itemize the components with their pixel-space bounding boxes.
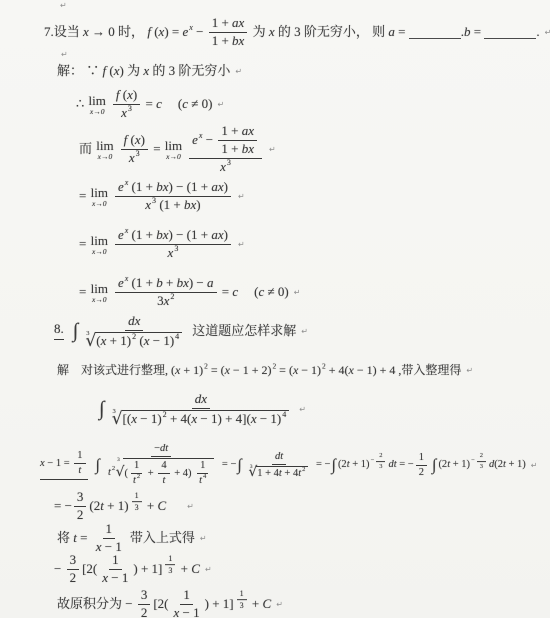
math-text: = − xyxy=(313,459,330,471)
fraction-numerator: 1 + ax xyxy=(218,124,257,141)
math-fraction: dx3√[(x − 1)2 + 4(x − 1) + 4](x − 1)4 xyxy=(110,392,293,427)
fraction-numerator: 1 xyxy=(180,588,193,605)
math-fraction: 12 xyxy=(416,452,427,479)
math-text: = xyxy=(219,285,233,300)
math-text: 2 xyxy=(322,362,326,371)
math-variable: dt xyxy=(275,451,283,463)
math-superscript: x xyxy=(125,274,129,283)
fraction-denominator: 3 xyxy=(477,462,486,470)
math-text: 7.设当 xyxy=(44,25,83,40)
fraction-numerator: dx xyxy=(125,314,143,331)
math-variable: e xyxy=(118,180,124,195)
math-variable: a xyxy=(207,276,214,291)
fraction-numerator: ex − 1 + ax1 + bx xyxy=(189,124,262,159)
fraction-denominator: 1 + bx xyxy=(209,33,248,49)
paragraph-mark-icon: ↵ xyxy=(205,565,212,574)
spacer xyxy=(107,104,111,105)
math-text: ) = xyxy=(164,25,182,40)
fraction-denominator: 3 xyxy=(237,600,247,610)
math-superscript: 2 xyxy=(322,362,326,371)
answer-blank xyxy=(409,26,461,39)
math-text: − xyxy=(54,562,65,577)
paragraph-mark-icon: ↵ xyxy=(238,240,245,249)
math-superscript: 3 xyxy=(128,104,132,113)
math-variable: x xyxy=(145,198,151,213)
underlined-group: x − 1 = 1t xyxy=(40,450,88,480)
math-superscript: 13 xyxy=(235,589,249,611)
fraction-denominator: 3 xyxy=(132,502,142,512)
fraction-denominator: 3√1 + 4t + 4t2 xyxy=(247,465,312,480)
math-text: 对该式进行整理, ( xyxy=(81,364,175,378)
paragraph-mark-icon: ↵ xyxy=(61,50,68,59)
math-text: 2 xyxy=(137,474,140,481)
math-limit: limx→0 xyxy=(91,282,108,304)
paragraph-mark-icon: ↵ xyxy=(200,534,207,543)
math-text: 2 xyxy=(170,292,174,301)
math-text: = xyxy=(470,25,484,40)
math-text: (2 xyxy=(338,459,347,471)
math-text: 2 xyxy=(141,606,148,618)
math-superscript: x xyxy=(125,226,129,235)
math-superscript: x xyxy=(125,178,129,187)
math-fraction: ex (1 + bx) − (1 + ax)x3 xyxy=(115,228,231,261)
spacer xyxy=(109,244,113,245)
q7-step-2-line: = limx→0ex (1 + bx) − (1 + ax)x3↵ xyxy=(79,228,245,261)
math-fraction: 32 xyxy=(74,490,87,523)
math-fraction: 13 xyxy=(132,491,142,513)
math-text: (1 + xyxy=(156,198,184,213)
math-text: = ( xyxy=(276,364,293,378)
math-text: 3 xyxy=(136,149,140,158)
fraction-denominator: 3x2 xyxy=(154,293,177,309)
math-text: 2 xyxy=(163,410,167,419)
math-text: 3 xyxy=(227,158,231,167)
math-text: [2( xyxy=(153,597,168,612)
fraction-denominator: x3 xyxy=(217,159,234,175)
math-text: − xyxy=(471,457,475,464)
paragraph-mark-icon: ↵ xyxy=(531,461,538,470)
math-superscript: 2 xyxy=(170,292,174,301)
math-text: ( xyxy=(127,133,135,148)
math-variable: bx xyxy=(156,228,168,243)
math-text: 1 + xyxy=(221,124,241,139)
math-text: [2( xyxy=(82,562,97,577)
math-superscript: 4 xyxy=(282,410,286,419)
integral-sign-icon: ∫ xyxy=(99,400,105,418)
math-text: 的 3 阶无穷小， 则 xyxy=(275,25,389,40)
math-variable: x xyxy=(164,294,170,309)
underlined-group: 8. xyxy=(54,322,64,340)
math-limit: limx→0 xyxy=(165,139,182,161)
q8-final-answer-line: 故原积分为 − 32[2(1x − 1) + 1]13 + C↵ xyxy=(57,588,283,618)
empty-paragraph-mark-line: ↵ xyxy=(56,50,68,59)
top-paragraph-mark-line: ↵ xyxy=(55,1,67,10)
math-text: ) − xyxy=(189,276,207,291)
math-text: − xyxy=(371,457,375,464)
q8-integral-rewrite-line: ∫dx3√[(x − 1)2 + 4(x − 1) + 4](x − 1)4↵ xyxy=(98,392,306,427)
math-superscript: 2 xyxy=(163,410,167,419)
math-fraction: 1x − 1 xyxy=(171,588,203,618)
math-text: (1 + xyxy=(128,228,156,243)
fraction-denominator: 1 + bx xyxy=(218,141,257,157)
fraction-denominator: x3 xyxy=(118,105,135,121)
math-text: − 1 xyxy=(179,606,199,618)
spacer xyxy=(69,370,81,371)
math-text: 3 xyxy=(240,601,244,610)
math-text: ( xyxy=(106,64,114,79)
fraction-numerator: 2 xyxy=(477,452,486,461)
math-text: − 1) xyxy=(150,334,175,349)
math-text: . xyxy=(536,25,539,40)
math-text: (1 + xyxy=(128,180,156,195)
spacer xyxy=(183,149,187,150)
math-variable: bx xyxy=(177,276,189,291)
limit-label: lim xyxy=(91,186,108,199)
math-text: 1 xyxy=(419,452,424,464)
math-text: = ( xyxy=(208,364,225,378)
math-text: (2 xyxy=(494,459,503,471)
math-superscript: 13 xyxy=(130,491,144,513)
fraction-numerator: f (x) xyxy=(121,133,148,150)
math-fraction: 1x − 1 xyxy=(99,553,131,586)
math-text: ) + 1] xyxy=(133,562,162,577)
document-page: ↵ 7.设当 x → 0 时， f (x) = ex − 1 + ax1 + b… xyxy=(0,0,550,618)
math-text: 2 xyxy=(132,332,136,341)
math-variable: t xyxy=(78,465,81,477)
spacer xyxy=(243,465,245,466)
fraction-numerator: 1 xyxy=(74,450,85,464)
math-text: 1 xyxy=(200,460,205,472)
paragraph-mark-icon: ↵ xyxy=(269,145,276,154)
math-superscript: 2 xyxy=(132,332,136,341)
math-text: + 1) xyxy=(180,364,203,378)
math-variable: x xyxy=(125,178,129,187)
math-text: + xyxy=(144,499,158,514)
q8-statement-line: 8.∫dx3√(x + 1)2 (x − 1)4这道题应怎样求解↵ xyxy=(54,314,308,349)
math-variable: dt xyxy=(160,443,168,455)
radical-index: 3 xyxy=(250,464,253,470)
math-text: ) xyxy=(141,133,145,148)
spacer xyxy=(166,506,182,507)
fraction-numerator: 3 xyxy=(67,553,80,570)
fraction-numerator: dt xyxy=(272,451,286,465)
math-text: 1 xyxy=(240,589,244,598)
integral-sign-icon: ∫ xyxy=(432,458,436,473)
fraction-numerator: ex (1 + bx) − (1 + ax) xyxy=(115,180,231,197)
fraction-denominator: t xyxy=(75,464,84,477)
math-text: 1 + xyxy=(212,34,232,49)
math-text: [( xyxy=(123,412,132,427)
math-text: 2 xyxy=(77,508,84,523)
math-superscript: 3 xyxy=(152,196,156,205)
math-text: 2 xyxy=(379,452,382,459)
fraction-denominator: 2 xyxy=(138,605,151,618)
math-text: + 1) xyxy=(450,459,470,471)
math-text: 2 xyxy=(419,467,424,479)
math-fraction: 32 xyxy=(138,588,151,618)
math-radical: 3√[(x − 1)2 + 4(x − 1) + 4](x − 1)4 xyxy=(113,410,290,427)
fraction-denominator: 3 xyxy=(376,462,385,470)
q8-solution-intro-line: 解对该式进行整理, (x + 1)2 = (x − 1 + 2)2 = (x −… xyxy=(57,364,473,378)
math-fraction: ex (1 + bx) − (1 + ax)x3 (1 + bx) xyxy=(115,180,231,213)
math-text: 2 xyxy=(272,362,276,371)
math-text: + xyxy=(249,597,263,612)
math-text: 而 xyxy=(79,142,95,157)
limit-subscript: x→0 xyxy=(166,153,181,161)
math-fraction: 13 xyxy=(237,589,247,611)
math-text: ( xyxy=(151,25,159,40)
math-text: 1 xyxy=(168,554,172,563)
math-superscript: 3 xyxy=(136,149,140,158)
q7-limit-expansion-line: 而 limx→0f (x)x3 = limx→0ex − 1 + ax1 + b… xyxy=(79,124,276,175)
math-fraction: 23 xyxy=(477,452,486,470)
math-superscript: 13 xyxy=(163,554,177,576)
math-text: 1 xyxy=(112,553,119,568)
limit-label: lim xyxy=(165,139,182,152)
math-text: 1 xyxy=(134,460,139,472)
fraction-numerator: 1 xyxy=(103,522,116,539)
fraction-numerator: 1 xyxy=(131,460,142,474)
spacer xyxy=(429,465,431,466)
spacer xyxy=(64,331,72,332)
math-text: + 1) xyxy=(104,499,129,514)
paragraph-mark-icon: ↵ xyxy=(294,288,301,297)
math-variable: ax xyxy=(242,124,254,139)
math-superscript: 3 xyxy=(174,244,178,253)
math-text: 2 xyxy=(302,466,305,473)
math-variable: e xyxy=(182,25,188,40)
radicand: 1 + 4t + 4t2 xyxy=(256,466,308,480)
math-text: 4 xyxy=(282,410,286,419)
math-variable: x xyxy=(220,160,226,175)
paragraph-mark-icon: ↵ xyxy=(238,192,245,201)
paragraph-mark-icon: ↵ xyxy=(466,366,473,375)
math-superscript: 4 xyxy=(175,332,179,341)
math-variable: ax xyxy=(232,16,244,31)
math-text: 4 xyxy=(175,332,179,341)
fraction-denominator: x − 1 xyxy=(99,570,131,586)
math-text: = xyxy=(150,142,164,157)
math-variable: ax xyxy=(211,228,223,243)
math-text: 解： ∵ xyxy=(57,64,103,79)
paragraph-mark-icon: ↵ xyxy=(276,600,283,609)
math-text: + 1) xyxy=(506,459,526,471)
math-text: ) + 1] xyxy=(205,597,234,612)
math-superscript: 2 xyxy=(272,362,276,371)
math-text: + xyxy=(145,468,156,480)
integral-sign-icon: ∫ xyxy=(96,458,100,473)
fraction-denominator: t2 xyxy=(130,474,143,487)
math-radical: 3√(x + 1)2 (x − 1)4 xyxy=(86,332,182,349)
math-text: 3 xyxy=(70,553,77,568)
math-text: − 1) + 4]( xyxy=(197,412,251,427)
math-text: (1 + xyxy=(128,276,156,291)
math-text: ) xyxy=(224,228,228,243)
math-variable: C xyxy=(157,499,166,514)
limit-subscript: x→0 xyxy=(92,296,107,304)
math-text: − 1 xyxy=(108,571,128,586)
math-text: = − xyxy=(54,499,72,514)
radicand: (1t2 + 4t + 4) 1t4 xyxy=(123,458,214,487)
q8-substitution-chain-line: x − 1 = 1t∫−dtt23√(1t2 + 4t + 4) 1t4 = −… xyxy=(40,443,538,487)
math-variable: C xyxy=(191,562,200,577)
fraction-numerator: ex (1 + b + bx) − a xyxy=(115,276,217,293)
math-fraction: 1 + ax1 + bx xyxy=(218,124,257,157)
math-variable: bx xyxy=(242,142,254,157)
math-text: 1 xyxy=(183,588,190,603)
fraction-denominator: 3 xyxy=(165,565,175,575)
math-variable: x xyxy=(129,151,135,166)
math-text: − 1 = xyxy=(45,458,73,470)
math-text: 的 3 阶无穷小 xyxy=(149,64,230,79)
math-variable: bx xyxy=(232,34,244,49)
math-variable: x xyxy=(121,106,127,121)
math-text: 为 xyxy=(249,25,269,40)
math-fraction: 13 xyxy=(165,554,175,576)
math-fraction: 1t2 xyxy=(130,460,143,487)
math-text: 解 xyxy=(57,364,69,378)
math-fraction: f (x)x3 xyxy=(113,88,140,121)
math-text: 1 + xyxy=(221,142,241,157)
math-text: 3 xyxy=(480,463,483,470)
math-text: + 4( xyxy=(326,364,349,378)
math-text: ) xyxy=(224,180,228,195)
math-variable: x xyxy=(168,246,174,261)
paragraph-mark-icon: ↵ xyxy=(235,67,242,76)
math-text: ) xyxy=(133,88,137,103)
math-radical: 3√(1t2 + 4t + 4) 1t4 xyxy=(117,458,214,487)
paragraph-mark-icon: ↵ xyxy=(545,28,550,37)
math-text: 3 xyxy=(128,104,132,113)
limit-label: lim xyxy=(91,282,108,295)
math-text: 故原积分为 − xyxy=(57,597,136,612)
fraction-numerator: 2 xyxy=(376,452,385,461)
math-text: = xyxy=(77,531,91,546)
math-text: 3 xyxy=(77,490,84,505)
math-text: − 1 + 2) xyxy=(230,364,272,378)
math-text: + 4) xyxy=(172,468,195,480)
limit-subscript: x→0 xyxy=(92,248,107,256)
q7-solution-intro-line: 解： ∵ f (x) 为 x 的 3 阶无穷小↵ xyxy=(57,64,242,79)
q8-result-line: − 32[2(1x − 1) + 1]13 + C↵ xyxy=(54,553,212,586)
spacer xyxy=(115,149,119,150)
fraction-denominator: t xyxy=(159,474,168,487)
math-fraction: dt3√1 + 4t + 4t2 xyxy=(247,451,312,480)
math-superscript: 2 xyxy=(204,362,208,371)
math-text: 2 xyxy=(204,362,208,371)
math-limit: limx→0 xyxy=(89,94,106,116)
math-limit: limx→0 xyxy=(96,139,113,161)
fraction-denominator: 3√(x + 1)2 (x − 1)4 xyxy=(83,331,185,349)
fraction-numerator: 1 xyxy=(197,460,208,474)
math-text: = xyxy=(79,189,90,204)
math-variable: t xyxy=(133,475,136,487)
math-superscript: 3 xyxy=(227,158,231,167)
math-text: 带入上式得 xyxy=(130,531,195,546)
math-text: + xyxy=(163,276,177,291)
math-superscript: −23 xyxy=(471,452,488,470)
math-variable: dx xyxy=(128,314,140,329)
fraction-numerator: 1 xyxy=(237,589,247,600)
math-text: ) xyxy=(196,198,200,213)
fraction-denominator: t23√(1t2 + 4t + 4) 1t4 xyxy=(105,457,217,487)
spacer xyxy=(79,331,81,332)
math-variable: x xyxy=(199,131,203,140)
math-text: 8. xyxy=(54,322,64,337)
radical-index: 3 xyxy=(86,330,89,337)
math-text: ) − (1 + xyxy=(169,180,212,195)
math-fraction: dx3√(x + 1)2 (x − 1)4 xyxy=(83,314,185,349)
math-text: − xyxy=(203,133,217,148)
math-fraction: −dtt23√(1t2 + 4t + 4) 1t4 xyxy=(105,443,217,487)
math-text: + xyxy=(177,562,191,577)
math-superscript: x xyxy=(189,23,193,32)
math-superscript: 2 xyxy=(112,465,115,472)
limit-label: lim xyxy=(91,234,108,247)
math-variable: x xyxy=(125,274,129,283)
spacer xyxy=(101,465,103,466)
fraction-denominator: x3 xyxy=(165,245,182,261)
math-fraction: 1t xyxy=(74,450,85,477)
math-fraction: 32 xyxy=(67,553,80,586)
math-text: − 1) xyxy=(257,412,282,427)
math-text: = xyxy=(79,237,90,252)
math-text: ( xyxy=(124,468,128,480)
q7-step-3-line: = limx→0ex (1 + b + bx) − a3x2 = c(c ≠ 0… xyxy=(79,276,300,309)
radical-index: 3 xyxy=(113,408,116,415)
math-fraction: 1t4 xyxy=(196,460,209,487)
math-limit: limx→0 xyxy=(91,186,108,208)
math-radical: 3√1 + 4t + 4t2 xyxy=(250,466,309,480)
limit-label: lim xyxy=(89,94,106,107)
paragraph-mark-icon: ↵ xyxy=(299,405,306,414)
paragraph-mark-icon: ↵ xyxy=(301,327,308,336)
fraction-numerator: 1 xyxy=(109,553,122,570)
math-fraction: f (x)x3 xyxy=(121,133,148,166)
paragraph-mark-icon: ↵ xyxy=(187,502,194,511)
limit-subscript: x→0 xyxy=(92,200,107,208)
math-text: 3 xyxy=(141,588,148,603)
math-text: 3 xyxy=(152,196,156,205)
math-text: = xyxy=(142,97,156,112)
math-text: 3 xyxy=(174,244,178,253)
answer-blank xyxy=(484,26,536,39)
math-variable: x xyxy=(189,23,193,32)
fraction-denominator: 3√[(x − 1)2 + 4(x − 1) + 4](x − 1)4 xyxy=(110,409,293,427)
math-text: ) 为 xyxy=(120,64,144,79)
math-text: ≠ 0) xyxy=(264,285,288,300)
fraction-numerator: 3 xyxy=(74,490,87,507)
paragraph-mark-icon: ↵ xyxy=(217,100,224,109)
spacer xyxy=(162,104,178,105)
spacer xyxy=(238,292,254,293)
math-text: 3 xyxy=(135,503,139,512)
math-text: + 4( xyxy=(167,412,192,427)
math-variable: e xyxy=(118,228,124,243)
q8-back-substitute-intro-line: 将 t = 1x − 1带入上式得↵ xyxy=(57,522,207,555)
math-fraction: 4t xyxy=(158,460,169,487)
fraction-numerator: 1 + ax xyxy=(209,16,248,33)
fraction-denominator: 2 xyxy=(74,507,87,523)
q7-step-1-line: = limx→0ex (1 + bx) − (1 + ax)x3 (1 + bx… xyxy=(79,180,245,213)
math-text: − 1) + 4 ,带入整理得 xyxy=(354,364,462,378)
math-text: 1 xyxy=(135,491,139,500)
math-text: 4 xyxy=(161,460,166,472)
math-text: 4 xyxy=(203,474,206,481)
math-fraction: ex − 1 + ax1 + bxx3 xyxy=(189,124,262,175)
math-variable: dx xyxy=(195,392,207,407)
fraction-numerator: 3 xyxy=(138,588,151,605)
